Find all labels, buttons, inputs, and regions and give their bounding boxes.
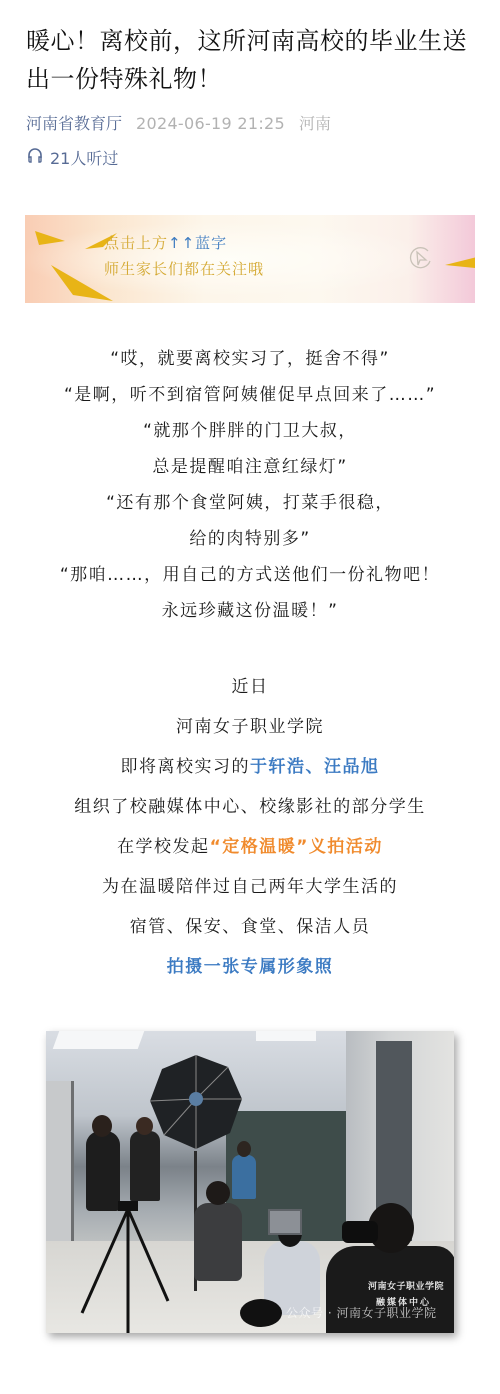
banner-line-2: 师生家长们都在关注哦 [104,258,264,279]
article-body: 近日 河南女子职业学院 即将离校实习的于轩浩、汪品旭 组织了校融媒体中心、校缘影… [0,667,500,987]
dialogue-quotes: “哎，就要离校实习了，挺舍不得” “是啊，听不到宿管阿姨催促早点回来了……” “… [0,341,500,629]
body-line: 近日 [0,667,500,707]
author-link[interactable]: 河南省教育厅 [26,112,122,136]
quote-line: “是啊，听不到宿管阿姨催促早点回来了……” [0,377,500,413]
follow-banner[interactable]: 点击上方↑↑蓝字 师生家长们都在关注哦 [25,215,475,303]
person-standing [130,1131,160,1201]
door [46,1081,74,1261]
person-head [237,1141,251,1157]
quote-line: 给的肉特别多” [0,521,500,557]
body-text: 即将离校实习的 [121,757,251,777]
bottom-spacer [0,1333,500,1361]
laptop [268,1209,302,1235]
body-line: 河南女子职业学院 [0,707,500,747]
body-line: 为在温暖陪伴过自己两年大学生活的 [0,867,500,907]
student-names-highlight: 于轩浩、汪品旭 [250,757,380,777]
softbox-umbrella [146,1053,246,1153]
body-line: 即将离校实习的于轩浩、汪品旭 [0,747,500,787]
quote-line: “就那个胖胖的门卫大叔， [0,413,500,449]
banner-line-1-prefix: 点击上方 [104,234,168,252]
person-head [206,1181,230,1205]
publish-region: 河南 [299,112,331,136]
listen-count[interactable]: 21人听过 [0,136,500,171]
article-photo[interactable]: 河南女子职业学院 融媒体中心 公众号 · 河南女子职业学院 [46,1031,454,1333]
banner-line-1: 点击上方↑↑蓝字 [104,232,227,253]
account-watermark: 公众号 · 河南女子职业学院 [286,1304,436,1321]
article-title: 暖心！离校前，这所河南高校的毕业生送出一份特殊礼物！ [0,0,500,98]
vest-print-line-1: 河南女子职业学院 [368,1279,444,1292]
body-line: 在学校发起“定格温暖”义拍活动 [0,827,500,867]
banner-highlight: 蓝字 [195,234,227,252]
body-line: 宿管、保安、食堂、保洁人员 [0,907,500,947]
reflector-disc [240,1299,282,1327]
banner-shard-decoration [445,235,475,275]
body-line: 拍摄一张专属形象照 [0,947,500,987]
article: 暖心！离校前，这所河南高校的毕业生送出一份特殊礼物！ 河南省教育厅 2024-0… [0,0,500,1361]
headphones-icon [26,146,50,171]
person-standing [86,1131,120,1211]
quote-line: “还有那个食堂阿姨，打菜手很稳， [0,485,500,521]
click-cursor-icon [406,243,434,275]
quote-line: 总是提醒咱注意红绿灯” [0,449,500,485]
ceiling-light [53,1031,145,1049]
quote-line: “那咱……，用自己的方式送他们一份礼物吧！ [0,557,500,593]
up-arrows-icon: ↑↑ [168,234,195,252]
body-line: 组织了校融媒体中心、校缘影社的部分学生 [0,787,500,827]
quote-line: 永远珍藏这份温暖！” [0,593,500,629]
article-meta: 河南省教育厅 2024-06-19 21:25 河南 [0,98,500,136]
quote-line: “哎，就要离校实习了，挺舍不得” [0,341,500,377]
body-text: 在学校发起 [117,837,210,857]
studio-photo: 河南女子职业学院 融媒体中心 公众号 · 河南女子职业学院 [46,1031,454,1333]
photographer-crouching [194,1203,242,1281]
publish-datetime: 2024-06-19 21:25 [136,112,285,136]
activity-name-highlight: “定格温暖”义拍活动 [210,837,383,857]
camera [342,1221,378,1243]
photo-highlight: 拍摄一张专属形象照 [167,957,334,977]
ceiling-light [256,1031,316,1041]
staff-member [232,1155,256,1199]
listen-count-text: 21人听过 [50,147,118,171]
tripod [76,1201,186,1333]
person-head [92,1115,112,1137]
person-head [136,1117,153,1135]
